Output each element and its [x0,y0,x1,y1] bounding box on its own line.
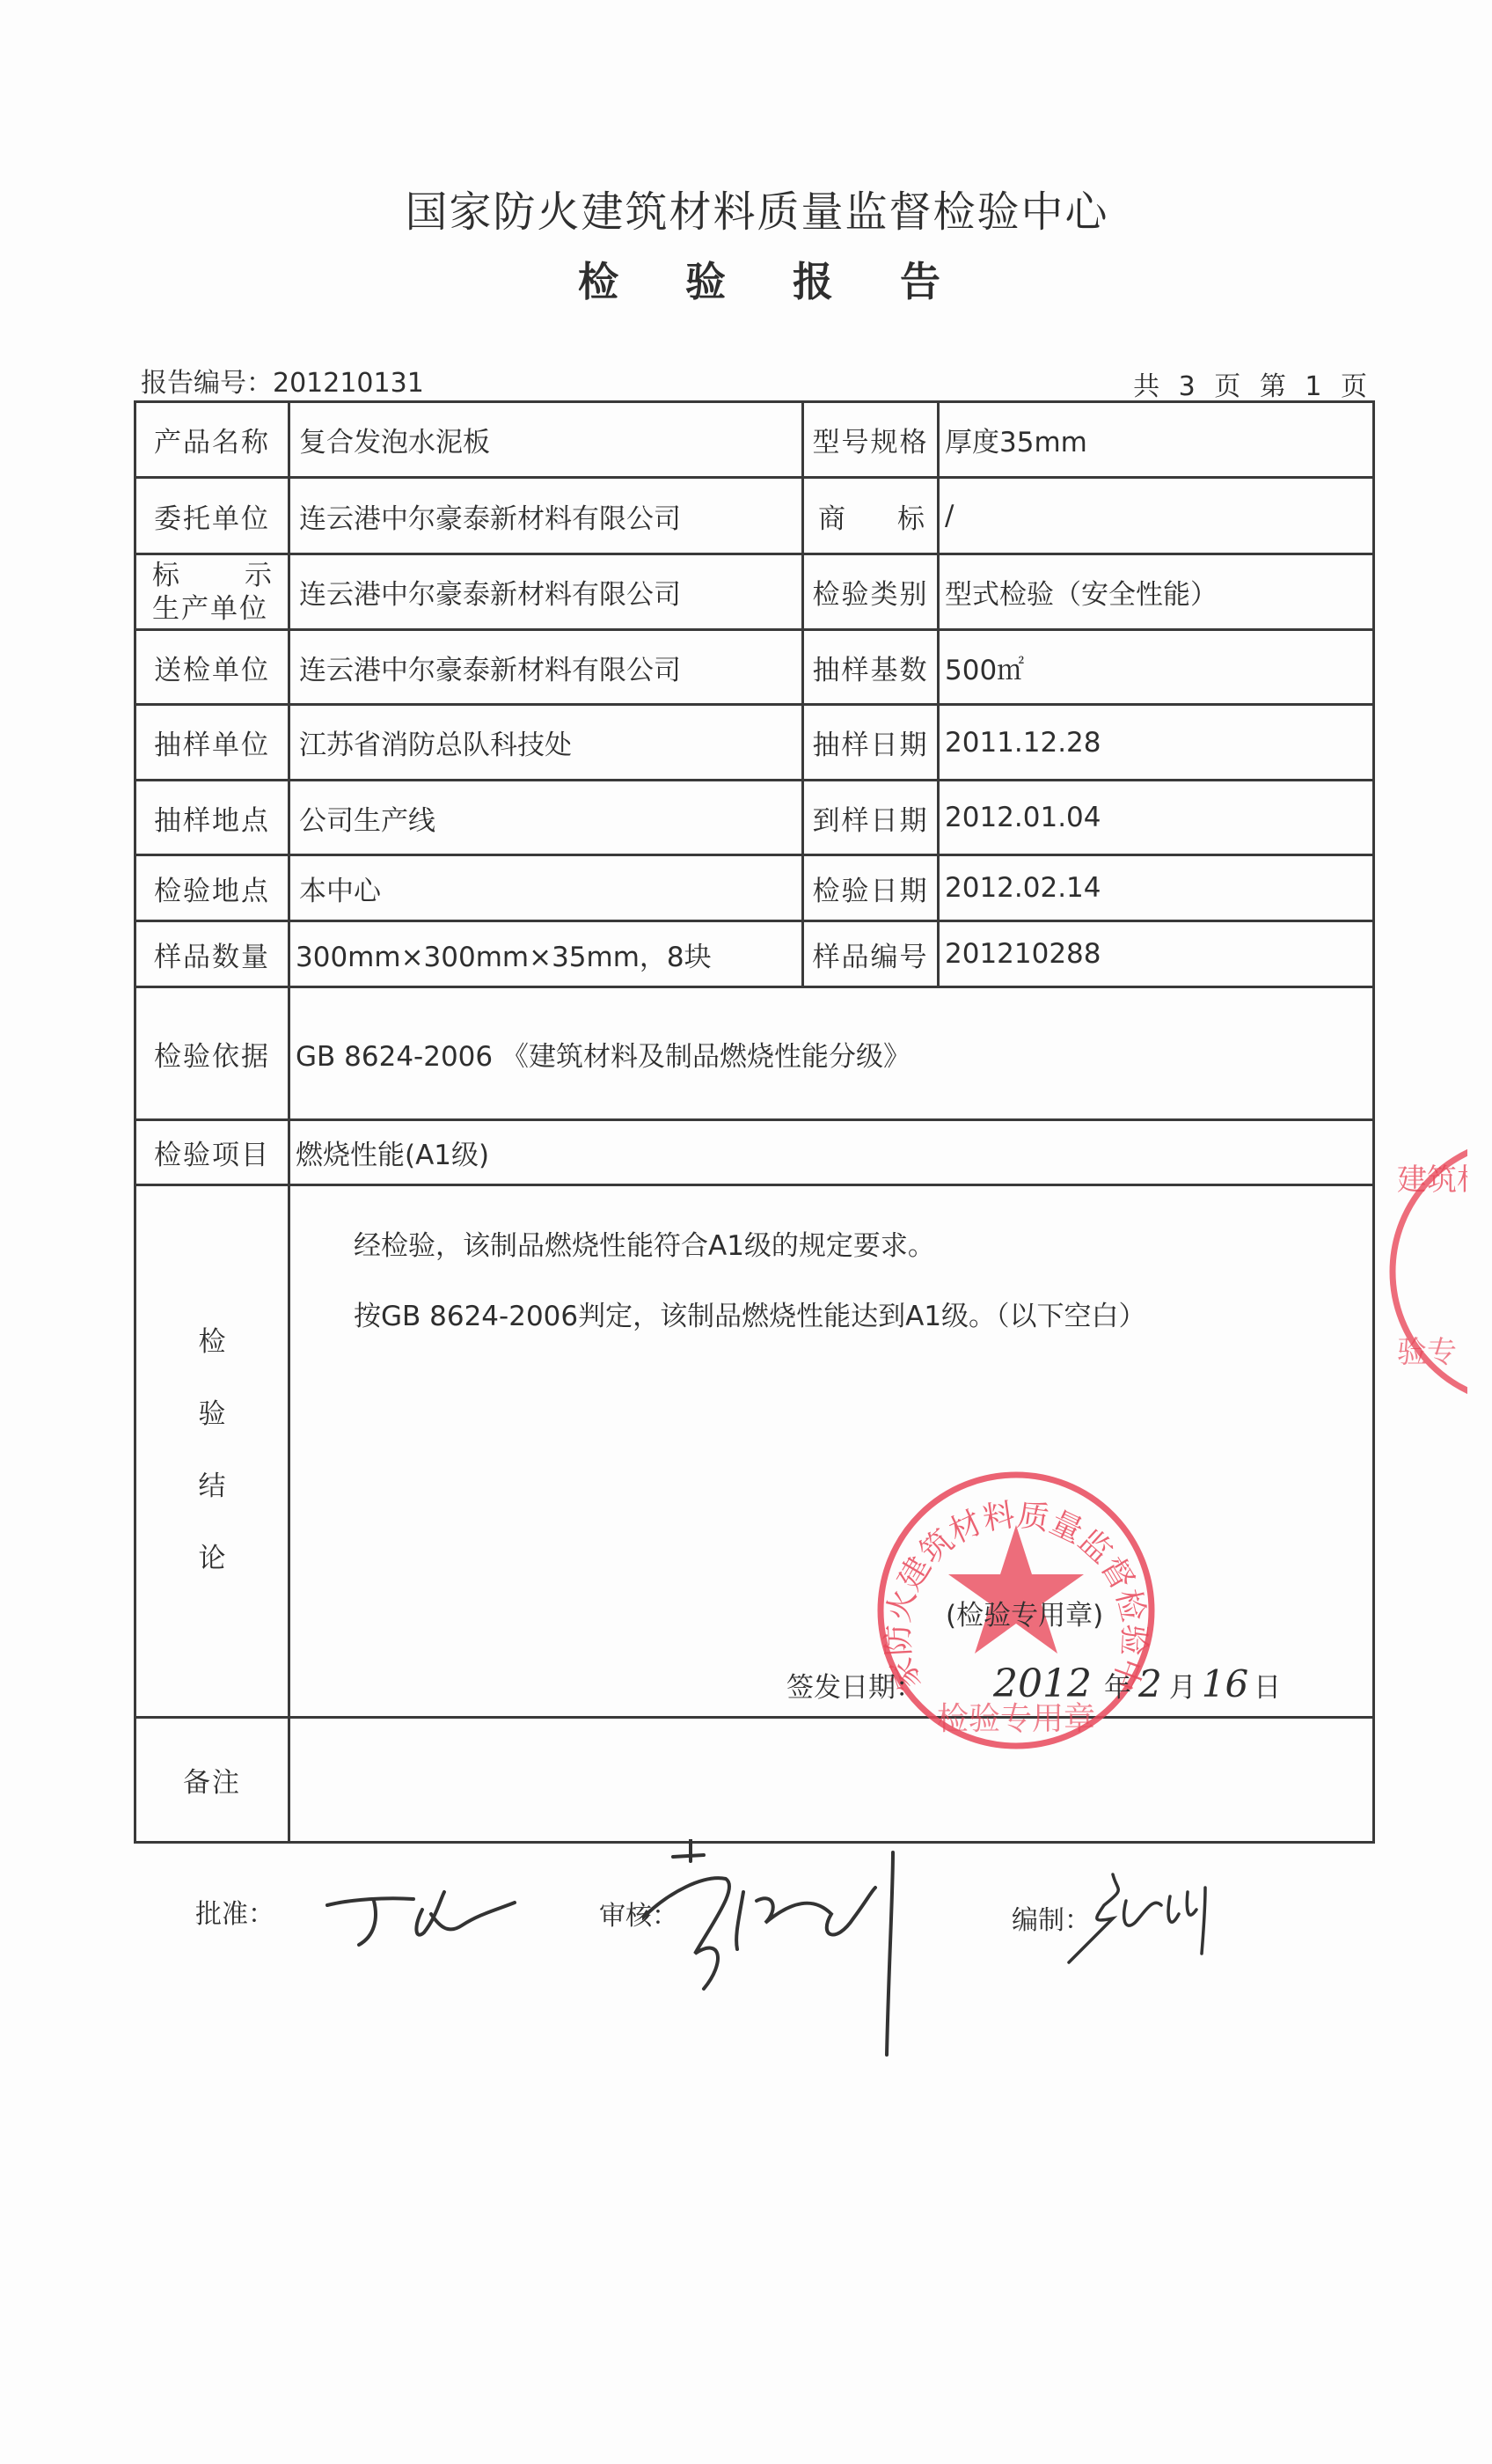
label-conclusion-char: 验 [199,1378,226,1450]
label-conclusion-char: 检 [199,1306,226,1378]
value-sample-number: 201210288 [940,922,1372,986]
label-marked-producer-c: 生产单位 [152,592,272,626]
seal-note: (检验专用章) [946,1593,1103,1632]
value-inspection-item: 燃烧性能(A1级) [290,1121,1372,1184]
value-sampling-date: 2011.12.28 [940,706,1372,779]
value-inspection-type: 型式检验（安全性能） [940,555,1372,628]
label-marked-producer-b: 示 [245,559,272,592]
report-number-value: 201210131 [273,368,424,399]
value-inspection-basis: GB 8624-2006 《建筑材料及制品燃烧性能分级》 [290,988,1372,1118]
label-conclusion-char: 结 [199,1450,226,1522]
inspection-table: 产品名称 复合发泡水泥板 型号规格 厚度35mm 委托单位 连云港中尔豪泰新材料… [134,400,1375,1843]
document-title: 国家防火建筑材料质量监督检验中心 [0,178,1492,238]
value-submitter: 连云港中尔豪泰新材料有限公司 [290,631,801,703]
label-sampling-unit: 抽样单位 [136,706,288,779]
value-marked-producer: 连云港中尔豪泰新材料有限公司 [290,555,801,628]
label-sample-number: 样品编号 [804,922,937,986]
month-unit: 月 [1169,1665,1196,1705]
label-inspection-type: 检验类别 [804,555,937,628]
label-sampling-site: 抽样地点 [136,781,288,854]
conclusion-line-2: 按GB 8624-2006判定，该制品燃烧性能达到A1级。（以下空白） [354,1294,1146,1333]
label-trademark: 商标 [804,479,937,553]
value-sample-quantity: 300mm×300mm×35mm，8块 [290,922,801,986]
value-product-name: 复合发泡水泥板 [290,403,801,476]
side-seal-bottom-text: 验专 [1397,1335,1457,1370]
value-inspection-site: 本中心 [290,856,801,920]
value-sampling-site: 公司生产线 [290,781,801,854]
side-seal-top-text: 建筑材料 [1397,1162,1467,1198]
label-arrival-date: 到样日期 [804,781,937,854]
day-unit: 日 [1254,1665,1281,1705]
page-count: 共 3 页 第 1 页 [1133,364,1372,403]
table-border-right [1372,400,1375,1844]
label-sampling-date: 抽样日期 [804,706,937,779]
label-remarks: 备注 [136,1719,288,1841]
issue-month-handwritten: 2 [1138,1662,1162,1705]
document-subtitle: 检 验 报 告 [0,250,1492,308]
label-inspection-site: 检验地点 [136,856,288,920]
side-seal-partial: 建筑材料 验专 [1379,1126,1467,1417]
value-remarks [290,1719,1372,1841]
label-sample-quantity: 样品数量 [136,922,288,986]
conclusion-line-1: 经检验，该制品燃烧性能符合A1级的规定要求。 [354,1223,935,1263]
preparer-signature [1064,1870,1223,1967]
value-arrival-date: 2012.01.04 [940,781,1372,854]
label-marked-producer: 标示 生产单位 [136,555,288,628]
label-marked-producer-a: 标 [152,559,179,592]
label-trademark-b: 标 [897,496,925,536]
issue-date: 签发日期： 2012 年 2 月 16 日 [786,1661,1281,1706]
label-product-name: 产品名称 [136,403,288,476]
value-model-spec: 厚度35mm [940,403,1372,476]
issue-day-handwritten: 16 [1202,1662,1248,1705]
value-trademark: / [940,479,1372,553]
label-trademark-a: 商 [818,496,845,536]
label-client: 委托单位 [136,479,288,553]
report-number: 报告编号：201210131 [141,361,424,400]
label-sampling-base: 抽样基数 [804,631,937,703]
label-conclusion-char: 论 [199,1522,226,1595]
label-inspection-item: 检验项目 [136,1121,288,1184]
value-inspection-date: 2012.02.14 [940,856,1372,920]
issue-year-handwritten: 2012 [993,1661,1092,1706]
label-model-spec: 型号规格 [804,403,937,476]
value-client: 连云港中尔豪泰新材料有限公司 [290,479,801,553]
report-number-label: 报告编号： [141,368,273,399]
approver-signature [317,1874,528,1954]
label-inspection-date: 检验日期 [804,856,937,920]
reviewer-signature [642,1839,933,2059]
value-sampling-base: 500㎡ [940,631,1372,703]
issue-date-label: 签发日期： [786,1665,923,1705]
label-submitter: 送检单位 [136,631,288,703]
label-conclusion: 检 验 结 论 [136,1306,288,1605]
year-unit: 年 [1104,1665,1131,1705]
approve-label: 批准： [195,1892,274,1931]
row-divider [134,1184,1375,1186]
value-sampling-unit: 江苏省消防总队科技处 [290,706,801,779]
label-inspection-basis: 检验依据 [136,988,288,1118]
